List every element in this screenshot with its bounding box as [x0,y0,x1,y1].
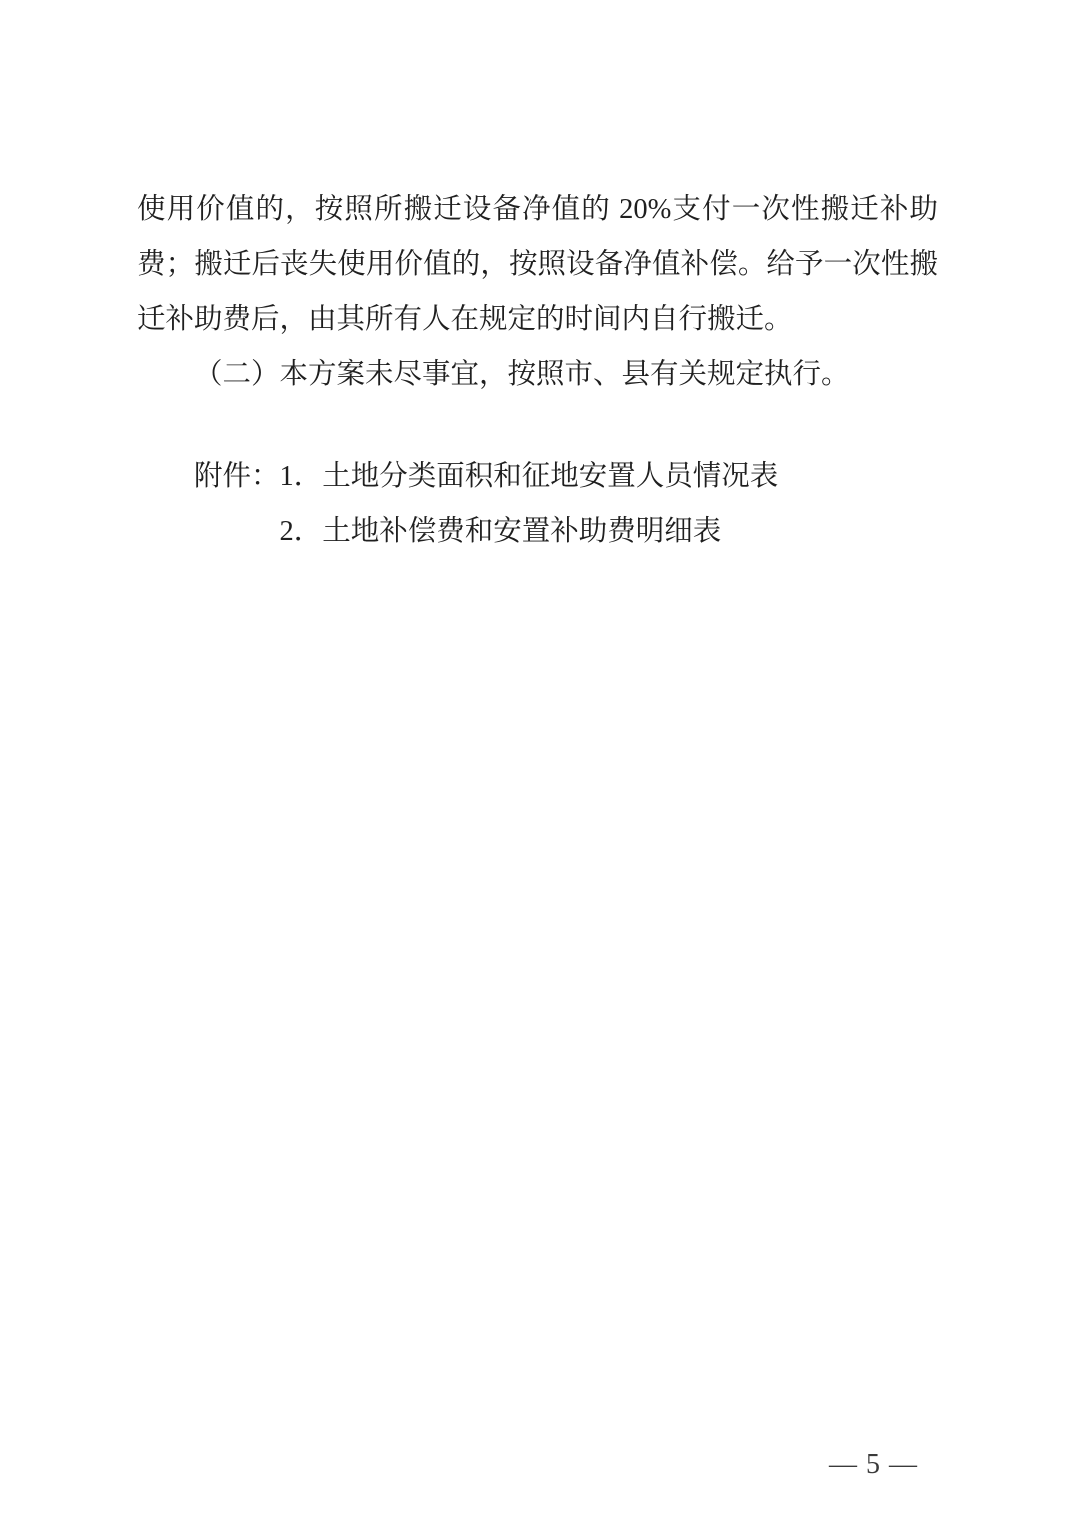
document-page: 使用价值的，按照所搬迁设备净值的 20%支付一次性搬迁补助 费；搬迁后丧失使用价… [0,0,1074,1520]
attachment-line-1: 附件：1．土地分类面积和征地安置人员情况表 [137,449,938,504]
page-number: — 5 — [829,1449,918,1481]
paragraph2: （二）本方案未尽事宜，按照市、县有关规定执行。 [137,347,938,402]
attachments-section: 附件：1．土地分类面积和征地安置人员情况表 2．土地补偿费和安置补助费明细表 [137,449,938,559]
attachment-item-2: 2．土地补偿费和安置补助费明细表 [137,504,938,559]
document-body: 使用价值的，按照所搬迁设备净值的 20%支付一次性搬迁补助 费；搬迁后丧失使用价… [137,182,938,559]
attachments-label: 附件： [194,461,280,492]
paragraph1-line3: 迁补助费后，由其所有人在规定的时间内自行搬迁。 [137,292,938,347]
paragraph1-line1: 使用价值的，按照所搬迁设备净值的 20%支付一次性搬迁补助 [137,182,938,237]
attachment-item-1: 1．土地分类面积和征地安置人员情况表 [280,461,779,492]
paragraph1-line2: 费；搬迁后丧失使用价值的，按照设备净值补偿。给予一次性搬 [137,237,938,292]
